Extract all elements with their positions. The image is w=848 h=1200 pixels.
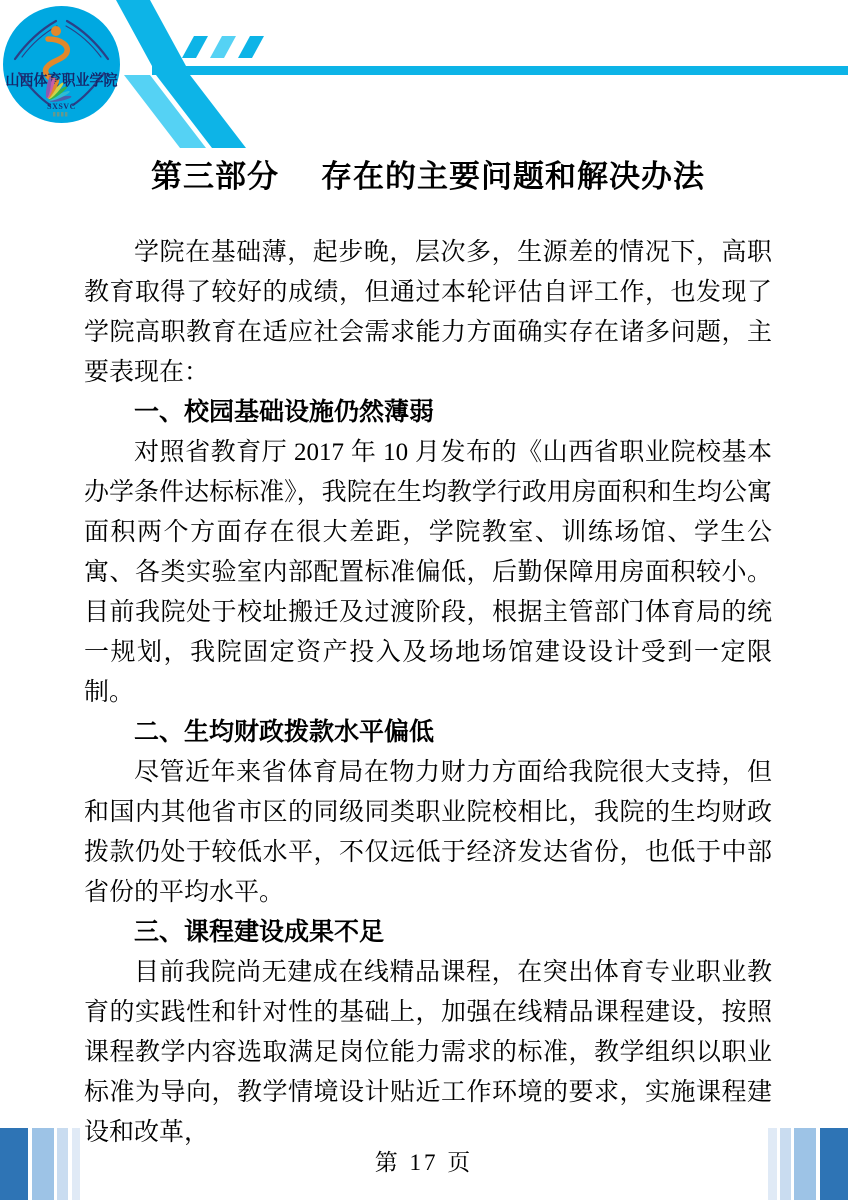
section-2-heading: 二、生均财政拨款水平偏低 [84,713,772,753]
logo-abbr: SXSVC [47,102,76,111]
ribbon-horizontal-bar [152,66,848,75]
ribbon-top-arm [116,0,186,66]
section-1-body: 对照省教育厅 2017 年 10 月发布的《山西省职业院校基本办学条件达标标准》… [84,433,772,713]
header-ribbon-icon [0,0,848,160]
ribbon-stripe-icon [210,36,236,58]
document-content: 第三部分存在的主要问题和解决办法 学院在基础薄，起步晚，层次多，生源差的情况下，… [84,155,772,1153]
page-number: 第 17 页 [0,1144,848,1177]
college-logo: 山西体育职业学院 SXSVC [2,5,121,124]
intro-paragraph: 学院在基础薄，起步晚，层次多，生源差的情况下，高职教育取得了较好的成绩，但通过本… [84,233,772,393]
title-main-label: 存在的主要问题和解决办法 [321,159,705,194]
ribbon-stripe-icon [182,36,208,58]
page-title: 第三部分存在的主要问题和解决办法 [84,155,772,199]
section-3-body: 目前我院尚无建成在线精品课程，在突出体育专业职业教育的实践性和针对性的基础上，加… [84,953,772,1153]
title-part-label: 第三部分 [151,159,279,194]
section-2-body: 尽管近年来省体育局在物力财力方面给我院很大支持，但和国内其他省市区的同级同类职业… [84,753,772,913]
section-1-heading: 一、校园基础设施仍然薄弱 [84,393,772,433]
ribbon-stripe-icon [238,36,264,58]
section-3-heading: 三、课程建设成果不足 [84,913,772,953]
document-page: 山西体育职业学院 SXSVC 第三部分存在的主要问题和解决办法 学院在基础薄，起… [0,0,848,1200]
